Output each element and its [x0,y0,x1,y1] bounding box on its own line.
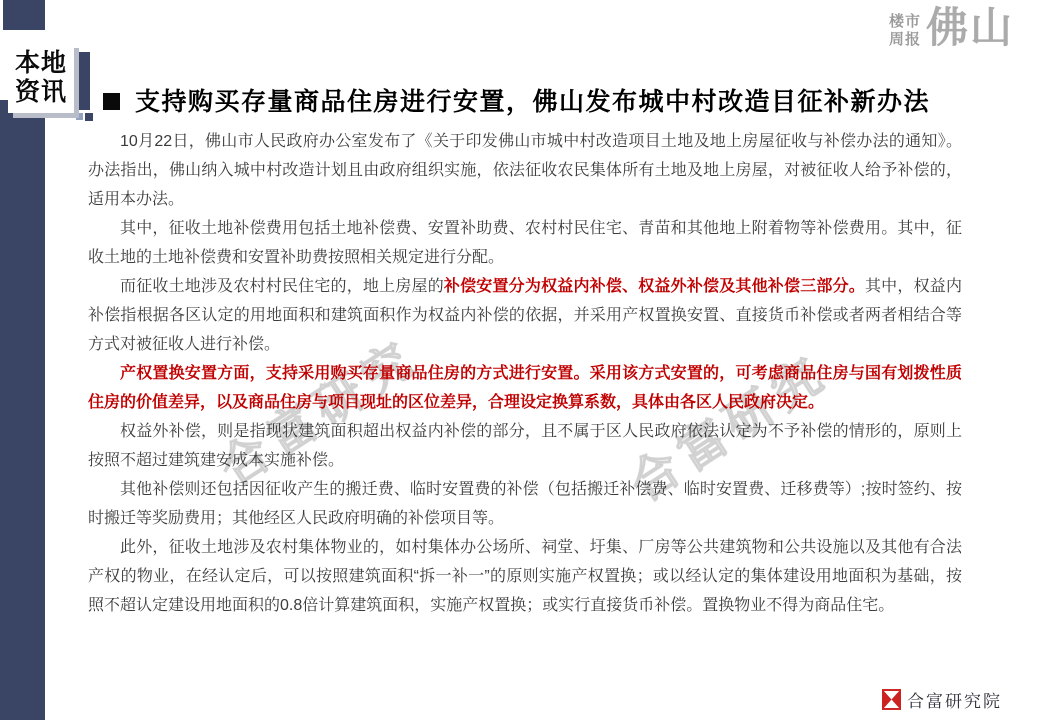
left-accent-strip [0,100,45,720]
masthead-series: 楼市 周报 [889,13,921,49]
masthead: 楼市 周报 佛山 [889,6,1014,50]
tag-accent-dot-light [76,113,83,120]
footer-brand: 合富研究院 [882,687,1002,712]
body-text: 而征收土地涉及农村村民住宅的，地上房屋的 [120,278,444,295]
brand-logo-icon [882,689,901,710]
tag-accent-bar [76,52,90,110]
highlight-text: 产权置换安置方面，支持采用购买存量商品住房的方式进行安置。采用该方式安置的，可考… [88,365,962,411]
article-paragraph: 而征收土地涉及农村村民住宅的，地上房屋的补偿安置分为权益内补偿、权益外补偿及其他… [88,272,962,359]
masthead-series-top: 楼市 [889,13,921,31]
body-text: 其他补偿则还包括因征收产生的搬迁费、临时安置费的补偿（包括搬迁补偿费、临时安置费… [88,481,962,527]
brand-name: 合富研究院 [907,687,1002,712]
masthead-series-bottom: 周报 [889,31,921,49]
body-text: 其中，征收土地补偿费用包括土地补偿费、安置补助费、农村村民住宅、青苗和其他地上附… [88,220,962,266]
square-bullet-icon [103,93,120,110]
left-top-accent-block [3,0,45,30]
article-title: 支持购买存量商品住房进行安置，佛山发布城中村改造目征补新办法 [135,82,930,118]
slide-page: { "page": { "tag": { "line1": "本地", "lin… [0,0,1040,720]
article-paragraph: 产权置换安置方面，支持采用购买存量商品住房的方式进行安置。采用该方式安置的，可考… [88,359,962,417]
article-paragraph: 此外，征收土地涉及农村集体物业的，如村集体办公场所、祠堂、圩集、厂房等公共建筑物… [88,533,962,620]
article-body: 10月22日，佛山市人民政府办公室发布了《关于印发佛山市城中村改造项目土地及地上… [88,127,962,620]
section-tag-line2: 资讯 [8,78,74,108]
article-paragraph: 权益外补偿，则是指现状建筑面积超出权益内补偿的部分，且不属于区人民政府依法认定为… [88,417,962,475]
body-text: 此外，征收土地涉及农村集体物业的，如村集体办公场所、祠堂、圩集、厂房等公共建筑物… [88,539,962,614]
article-title-row: 支持购买存量商品住房进行安置，佛山发布城中村改造目征补新办法 [103,82,1003,118]
body-text: 权益外补偿，则是指现状建筑面积超出权益内补偿的部分，且不属于区人民政府依法认定为… [88,423,962,469]
masthead-city: 佛山 [926,6,1014,50]
article-paragraph: 其他补偿则还包括因征收产生的搬迁费、临时安置费的补偿（包括搬迁补偿费、临时安置费… [88,475,962,533]
section-tag: 本地 资讯 [8,43,74,113]
article-paragraph: 其中，征收土地补偿费用包括土地补偿费、安置补助费、农村村民住宅、青苗和其他地上附… [88,214,962,272]
tag-accent-dot-dark [85,113,93,121]
article-paragraph: 10月22日，佛山市人民政府办公室发布了《关于印发佛山市城中村改造项目土地及地上… [88,127,962,214]
section-tag-line1: 本地 [8,49,74,79]
body-text: 10月22日，佛山市人民政府办公室发布了《关于印发佛山市城中村改造项目土地及地上… [88,133,962,208]
highlight-text: 补偿安置分为权益内补偿、权益外补偿及其他补偿三部分。 [444,278,865,295]
